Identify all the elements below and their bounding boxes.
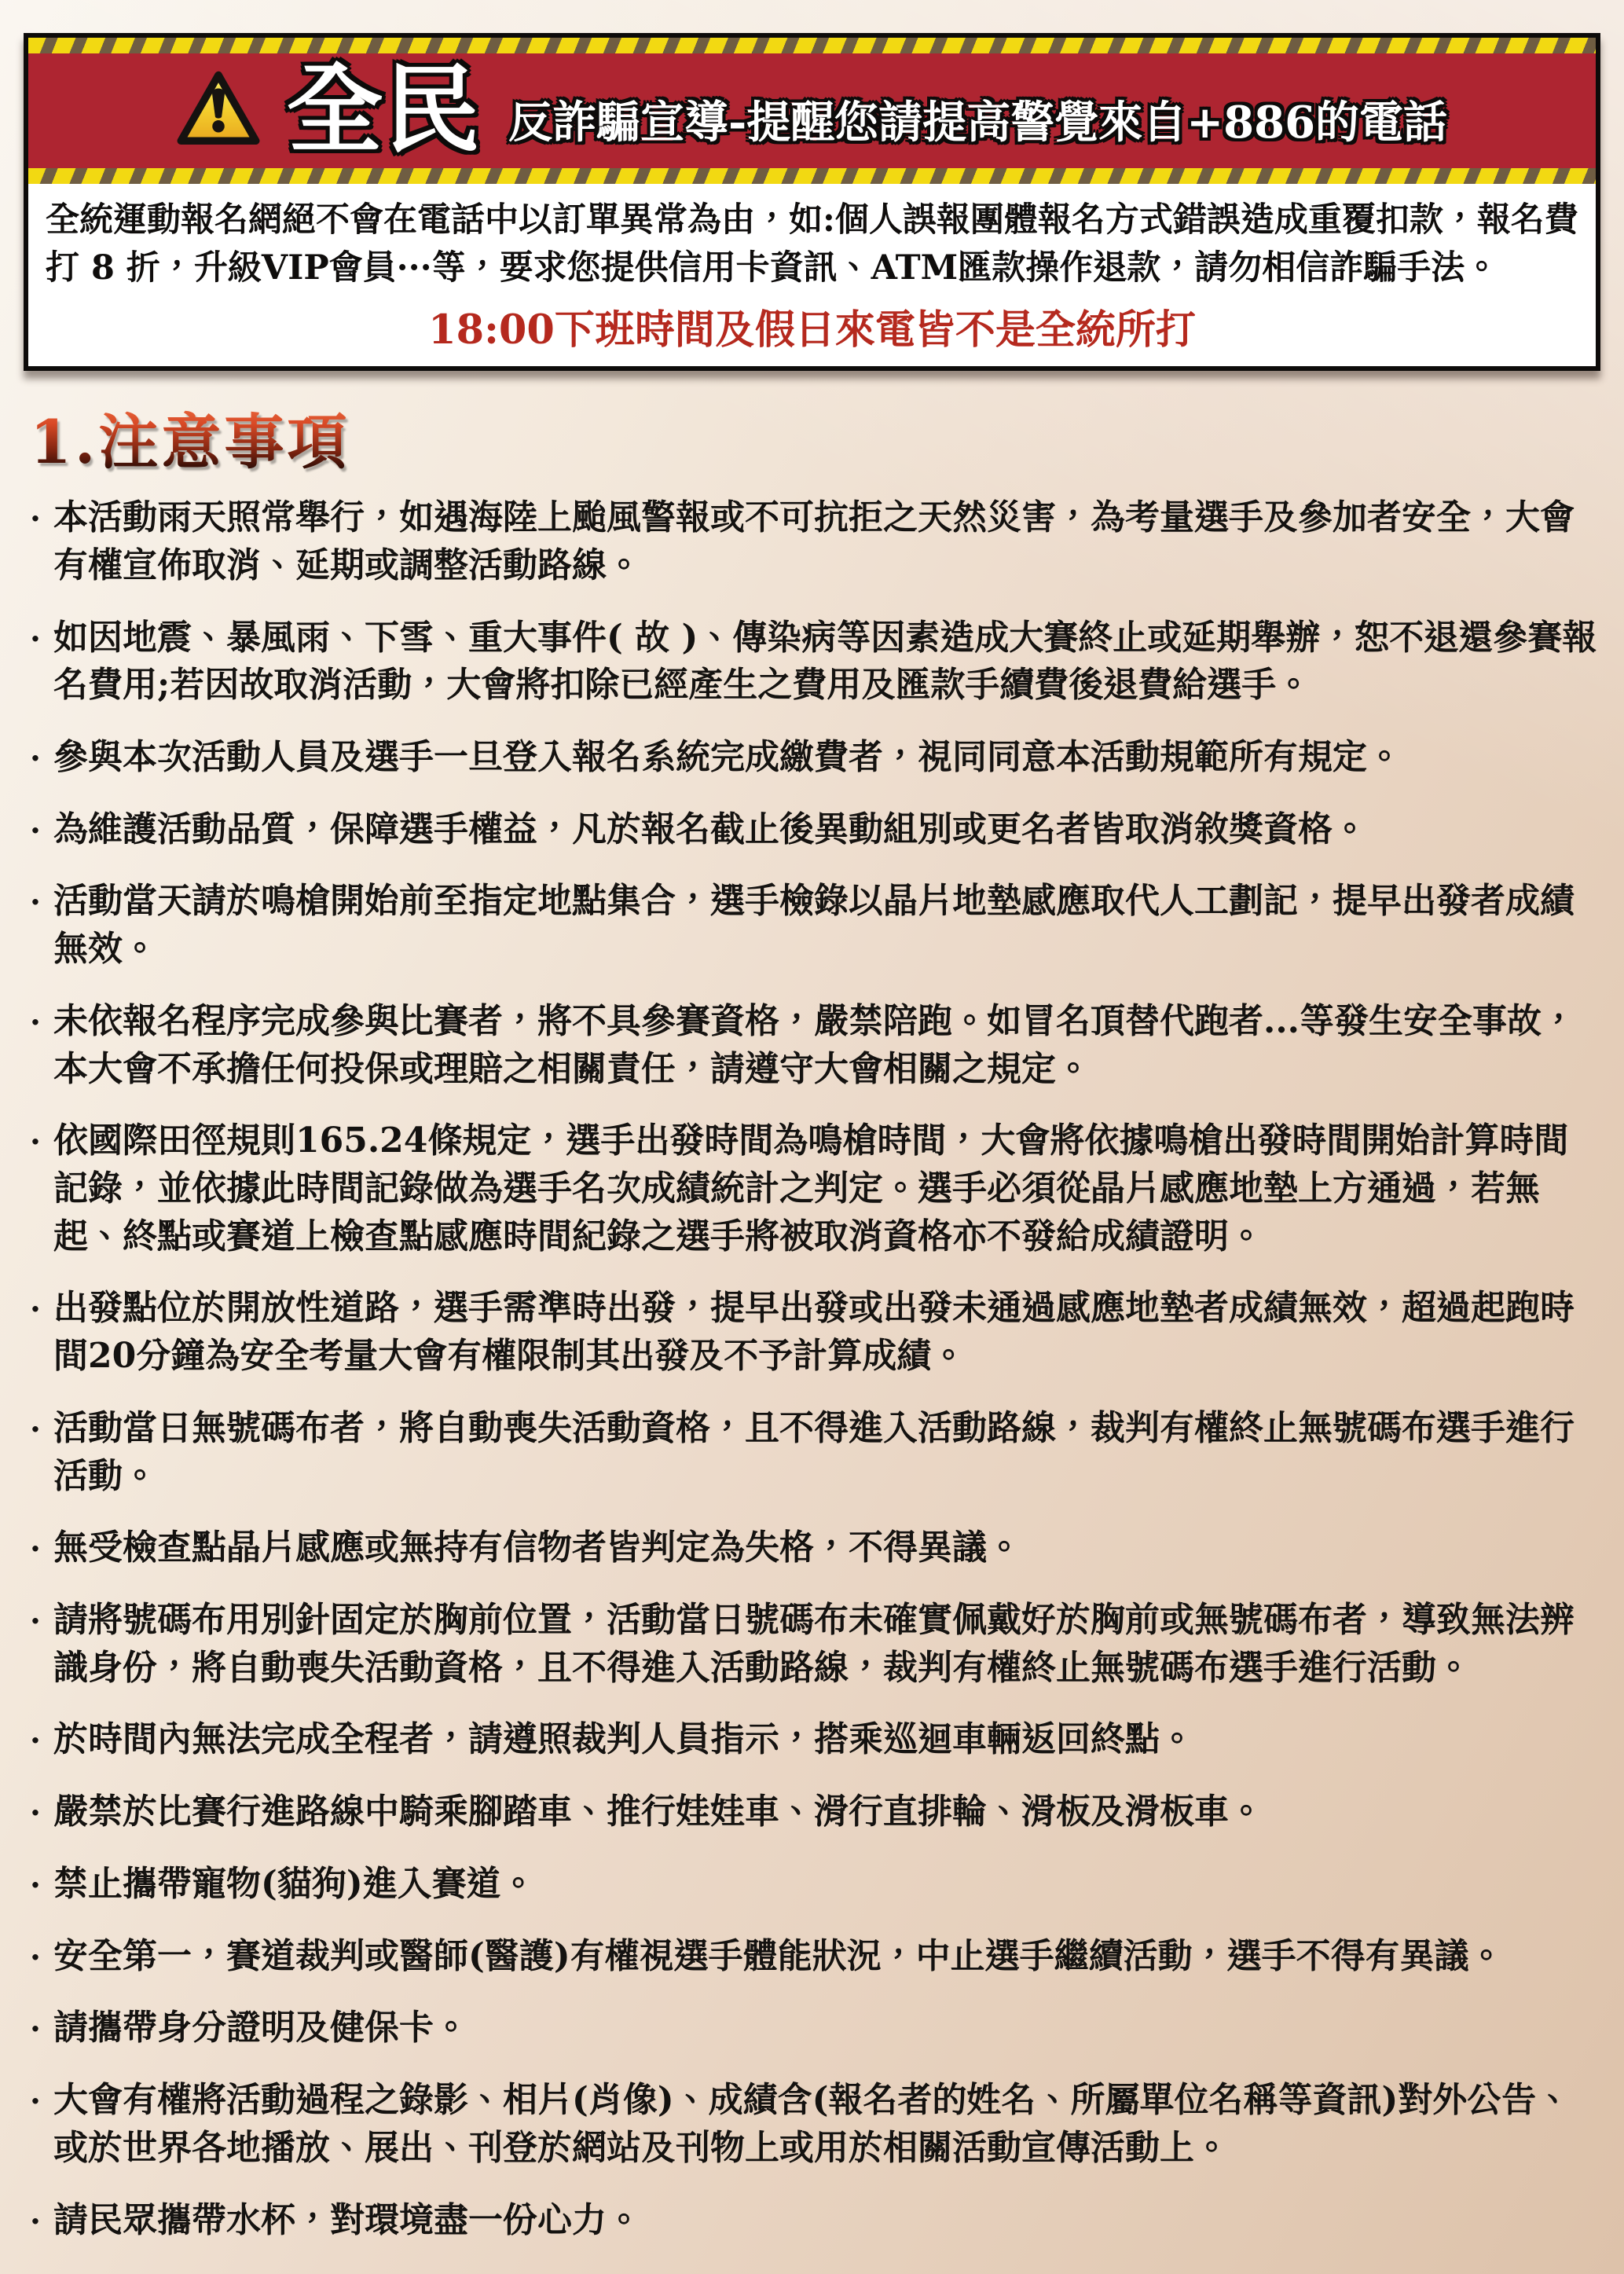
anti-fraud-alert-box: 全民 反詐騙宣導-提醒您請提高警覺來自+886的電話 全統運動報名網絕不會在電話… xyxy=(24,33,1600,371)
bullet-dot-icon: · xyxy=(30,1936,41,1979)
notice-item: ·請攜帶身分證明及健保卡。 xyxy=(30,2004,1597,2052)
notice-item: ·參與本次活動人員及選手一旦登入報名系統完成繳費者，視同同意本活動規範所有規定。 xyxy=(30,734,1597,782)
notice-item-text: 於時間內無法完成全程者，請遵照裁判人員指示，搭乘巡迴車輛返回終點。 xyxy=(53,1719,1194,1759)
notice-item-text: 未依報名程序完成參與比賽者，將不具參賽資格，嚴禁陪跑。如冒名頂替代跑者...等發… xyxy=(53,1001,1576,1089)
banner-subtitle: 反詐騙宣導-提醒您請提高警覺來自+886的電話 xyxy=(508,100,1447,146)
section-heading: 1.注意事項 xyxy=(30,394,350,480)
notice-item-text: 請將號碼布用別針固定於胸前位置，活動當日號碼布未確實佩戴好於胸前或無號碼布者，導… xyxy=(53,1600,1575,1688)
bullet-dot-icon: · xyxy=(30,2008,41,2051)
notice-item: ·禁止攜帶寵物(貓狗)進入賽道。 xyxy=(30,1861,1597,1909)
notice-item: ·本活動雨天照常舉行，如遇海陸上颱風警報或不可抗拒之天然災害，為考量選手及參加者… xyxy=(30,494,1597,589)
notice-item-text: 大會有權將活動過程之錄影、相片(肖像)、成績含(報名者的姓名、所屬單位名稱等資訊… xyxy=(53,2080,1571,2168)
hazard-stripe-top xyxy=(28,38,1596,53)
notice-item: ·請民眾攜帶水杯，對環境盡一份心力。 xyxy=(30,2197,1597,2245)
warning-triangle-icon xyxy=(177,71,260,148)
notice-item: ·無受檢查點晶片感應或無持有信物者皆判定為失格，不得異議。 xyxy=(30,1524,1597,1572)
notice-item: ·大會有權將活動過程之錄影、相片(肖像)、成績含(報名者的姓名、所屬單位名稱等資… xyxy=(30,2077,1597,2172)
banner-main: 全民 反詐騙宣導-提醒您請提高警覺來自+886的電話 xyxy=(28,53,1596,168)
bullet-dot-icon: · xyxy=(30,2200,41,2243)
notice-item-text: 無受檢查點晶片感應或無持有信物者皆判定為失格，不得異議。 xyxy=(53,1528,1021,1568)
notice-item-text: 依國際田徑規則165.24條規定，選手出發時間為鳴槍時間，大會將依據鳴槍出發時間… xyxy=(53,1120,1568,1256)
notice-item: ·為維護活動品質，保障選手權益，凡於報名截止後異動組別或更名者皆取消敘獎資格。 xyxy=(30,806,1597,854)
notice-item-text: 活動當日無號碼布者，將自動喪失活動資格，且不得進入活動路線，裁判有權終止無號碼布… xyxy=(53,1408,1575,1496)
notice-item-text: 如因地震、暴風雨、下雪、重大事件( 故 )、傳染病等因素造成大賽終止或延期舉辦，… xyxy=(53,618,1597,706)
notice-item: ·如因地震、暴風雨、下雪、重大事件( 故 )、傳染病等因素造成大賽終止或延期舉辦… xyxy=(30,614,1597,710)
notice-body-text: 全統運動報名網絕不會在電話中以訂單異常為由，如:個人誤報團體報名方式錯誤造成重覆… xyxy=(46,196,1578,292)
notice-item-text: 出發點位於開放性道路，選手需準時出發，提早出發或出發未通過感應地墊者成績無效，超… xyxy=(53,1288,1575,1376)
notice-box: 全統運動報名網絕不會在電話中以訂單異常為由，如:個人誤報團體報名方式錯誤造成重覆… xyxy=(28,184,1596,366)
notice-item: ·依國際田徑規則165.24條規定，選手出發時間為鳴槍時間，大會將依據鳴槍出發時… xyxy=(30,1117,1597,1260)
hazard-stripe-bottom xyxy=(28,168,1596,184)
notice-item: ·活動當日無號碼布者，將自動喪失活動資格，且不得進入活動路線，裁判有權終止無號碼… xyxy=(30,1405,1597,1500)
bullet-dot-icon: · xyxy=(30,1864,41,1907)
notice-item: ·安全第一，賽道裁判或醫師(醫護)有權視選手體能狀況，中止選手繼續活動，選手不得… xyxy=(30,1933,1597,1981)
alert-banner: 全民 反詐騙宣導-提醒您請提高警覺來自+886的電話 xyxy=(28,38,1596,184)
notice-list: ·本活動雨天照常舉行，如遇海陸上颱風警報或不可抗拒之天然災害，為考量選手及參加者… xyxy=(24,494,1600,2244)
notice-item: ·請將號碼布用別針固定於胸前位置，活動當日號碼布未確實佩戴好於胸前或無號碼布者，… xyxy=(30,1597,1597,1692)
page: 全民 反詐騙宣導-提醒您請提高警覺來自+886的電話 全統運動報名網絕不會在電話… xyxy=(0,0,1624,2244)
bullet-dot-icon: · xyxy=(30,618,41,661)
notice-item-text: 請民眾攜帶水杯，對環境盡一份心力。 xyxy=(53,2200,641,2240)
bullet-dot-icon: · xyxy=(30,497,41,541)
bullet-dot-icon: · xyxy=(30,809,41,853)
notice-item-text: 參與本次活動人員及選手一旦登入報名系統完成繳費者，視同同意本活動規範所有規定。 xyxy=(53,737,1402,777)
notice-item-text: 安全第一，賽道裁判或醫師(醫護)有權視選手體能狀況，中止選手繼續活動，選手不得有… xyxy=(53,1936,1504,1976)
bullet-dot-icon: · xyxy=(30,2080,41,2123)
bullet-dot-icon: · xyxy=(30,1792,41,1835)
notice-item: ·嚴禁於比賽行進路線中騎乘腳踏車、推行娃娃車、滑行直排輪、滑板及滑板車。 xyxy=(30,1788,1597,1836)
bullet-dot-icon: · xyxy=(30,1120,41,1164)
bullet-dot-icon: · xyxy=(30,1528,41,1571)
bullet-dot-icon: · xyxy=(30,1408,41,1451)
bullet-dot-icon: · xyxy=(30,1001,41,1044)
notice-item-text: 請攜帶身分證明及健保卡。 xyxy=(53,2008,468,2048)
notice-item-text: 活動當天請於鳴槍開始前至指定地點集合，選手檢錄以晶片地墊感應取代人工劃記，提早出… xyxy=(53,881,1575,969)
notice-item-text: 禁止攜帶寵物(貓狗)進入賽道。 xyxy=(53,1864,536,1904)
notice-item-text: 本活動雨天照常舉行，如遇海陸上颱風警報或不可抗拒之天然災害，為考量選手及參加者安… xyxy=(53,497,1575,585)
notice-item: ·出發點位於開放性道路，選手需準時出發，提早出發或出發未通過感應地墊者成績無效，… xyxy=(30,1285,1597,1380)
bullet-dot-icon: · xyxy=(30,881,41,924)
notice-item: ·於時間內無法完成全程者，請遵照裁判人員指示，搭乘巡迴車輛返回終點。 xyxy=(30,1716,1597,1764)
bullet-dot-icon: · xyxy=(30,737,41,780)
notice-item-text: 嚴禁於比賽行進路線中騎乘腳踏車、推行娃娃車、滑行直排輪、滑板及滑板車。 xyxy=(53,1792,1263,1832)
notice-item: ·活動當天請於鳴槍開始前至指定地點集合，選手檢錄以晶片地墊感應取代人工劃記，提早… xyxy=(30,878,1597,973)
bullet-dot-icon: · xyxy=(30,1719,41,1762)
notice-item: ·未依報名程序完成參與比賽者，將不具參賽資格，嚴禁陪跑。如冒名頂替代跑者...等… xyxy=(30,998,1597,1093)
notice-item-text: 為維護活動品質，保障選手權益，凡於報名截止後異動組別或更名者皆取消敘獎資格。 xyxy=(53,809,1367,849)
banner-title: 全民 xyxy=(287,61,482,157)
bullet-dot-icon: · xyxy=(30,1600,41,1643)
notice-highlight-text: 18:00下班時間及假日來電皆不是全統所打 xyxy=(46,297,1578,355)
bullet-dot-icon: · xyxy=(30,1288,41,1331)
